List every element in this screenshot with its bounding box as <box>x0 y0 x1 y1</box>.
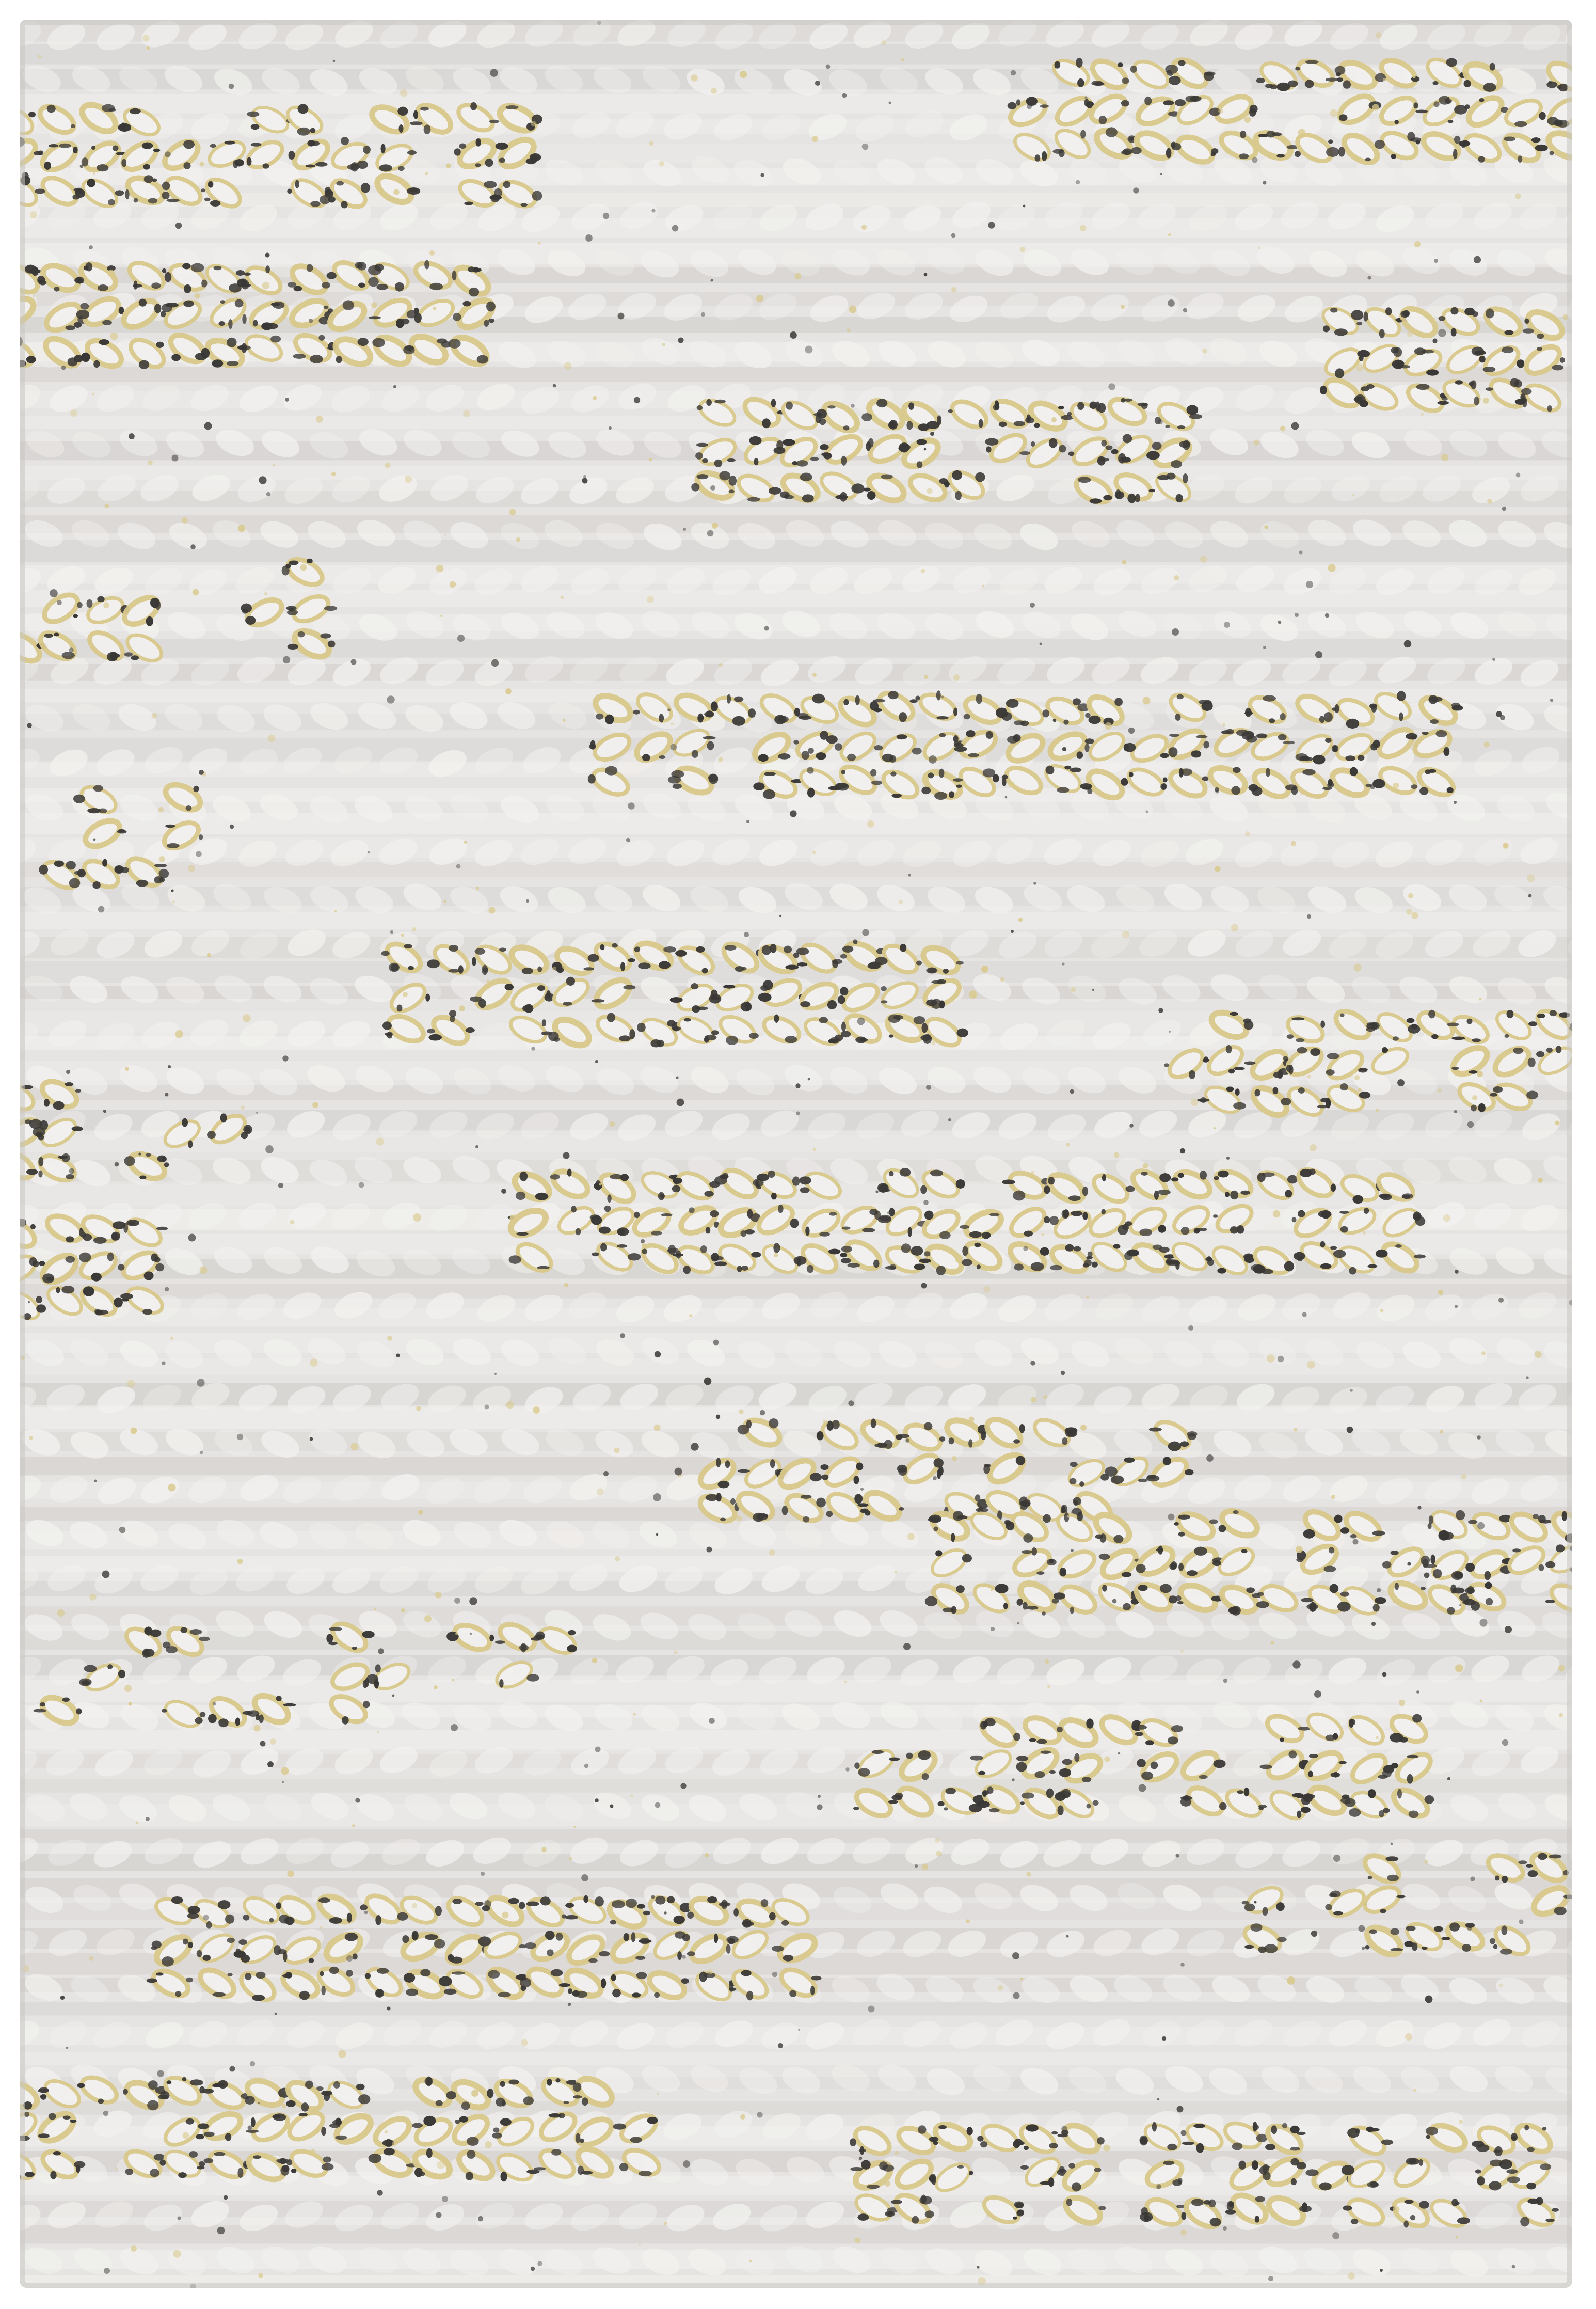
rug-pattern <box>20 20 1572 2288</box>
area-rug <box>20 20 1572 2288</box>
